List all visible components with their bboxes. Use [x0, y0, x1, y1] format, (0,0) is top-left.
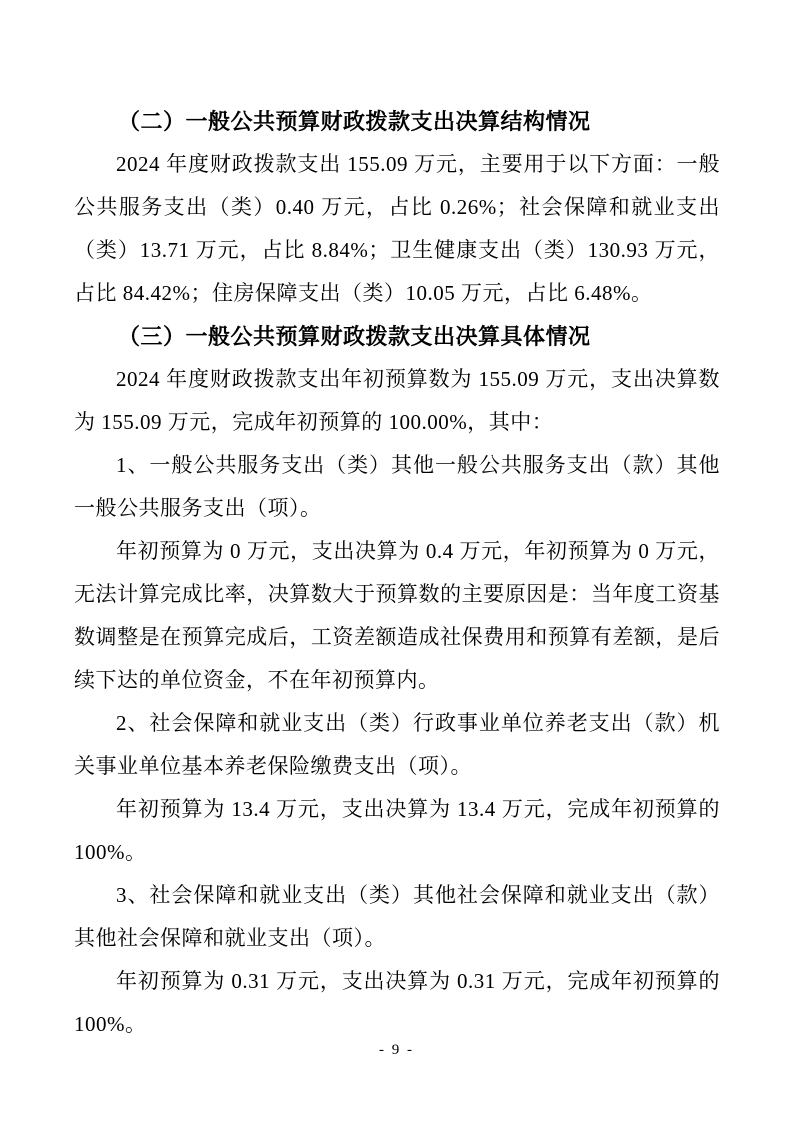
- section-heading: （三）一般公共预算财政拨款支出决算具体情况: [74, 315, 720, 358]
- document-page: （二）一般公共预算财政拨款支出决算结构情况 2024 年度财政拨款支出 155.…: [0, 0, 793, 1122]
- paragraph-item-3-detail: 年初预算为 0.31 万元，支出决算为 0.31 万元，完成年初预算的 100%…: [74, 960, 720, 1046]
- paragraph-item-2-title: 2、社会保障和就业支出（类）行政事业单位养老支出（款）机关事业单位基本养老保险缴…: [74, 702, 720, 788]
- section-expenditure-structure: （二）一般公共预算财政拨款支出决算结构情况 2024 年度财政拨款支出 155.…: [74, 100, 720, 315]
- paragraph-item-3-title: 3、社会保障和就业支出（类）其他社会保障和就业支出（款）其他社会保障和就业支出（…: [74, 874, 720, 960]
- section-expenditure-details: （三）一般公共预算财政拨款支出决算具体情况 2024 年度财政拨款支出年初预算数…: [74, 315, 720, 1046]
- paragraph-item-1-detail: 年初预算为 0 万元，支出决算为 0.4 万元，年初预算为 0 万元，无法计算完…: [74, 530, 720, 702]
- section-heading: （二）一般公共预算财政拨款支出决算结构情况: [74, 100, 720, 143]
- paragraph-expenditure-breakdown: 2024 年度财政拨款支出 155.09 万元，主要用于以下方面：一般公共服务支…: [74, 143, 720, 315]
- paragraph-item-1-title: 1、一般公共服务支出（类）其他一般公共服务支出（款）其他一般公共服务支出（项）。: [74, 444, 720, 530]
- paragraph-budget-summary: 2024 年度财政拨款支出年初预算数为 155.09 万元，支出决算数为 155…: [74, 358, 720, 444]
- paragraph-item-2-detail: 年初预算为 13.4 万元，支出决算为 13.4 万元，完成年初预算的 100%…: [74, 788, 720, 874]
- page-number: - 9 -: [0, 1040, 793, 1060]
